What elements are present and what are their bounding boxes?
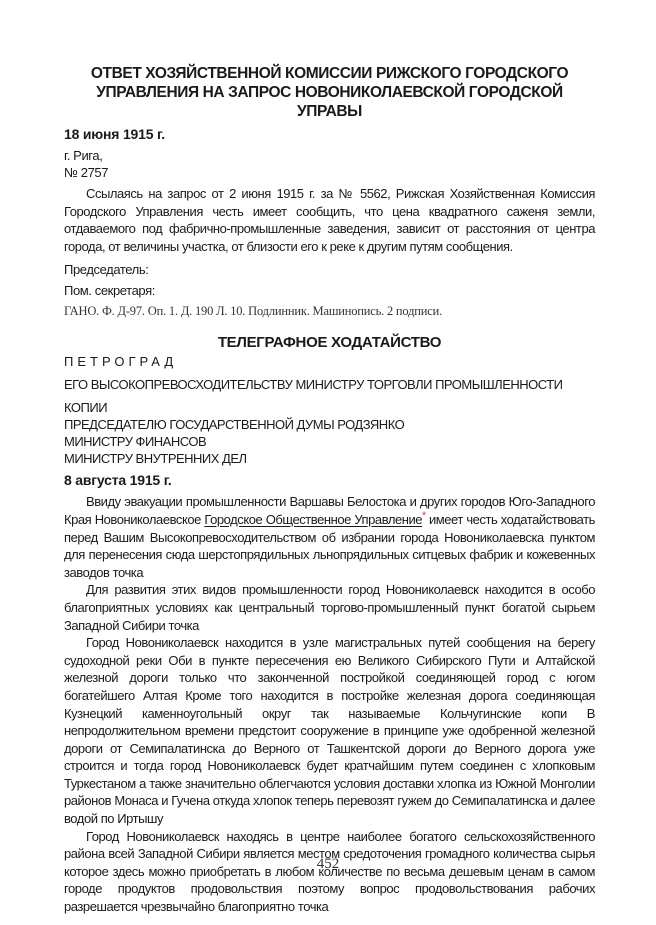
doc2-city: ПЕТРОГРАД	[64, 353, 595, 370]
doc2-paragraph-2: Для развития этих видов промышленности г…	[64, 581, 595, 634]
doc2-date: 8 августа 1915 г.	[64, 471, 595, 489]
doc1-chairman: Председатель:	[64, 261, 595, 278]
doc2-paragraph-1: Ввиду эвакуации промышленности Варшавы Б…	[64, 493, 595, 581]
doc2-paragraph-3: Город Новониколаевск находится в узле ма…	[64, 634, 595, 828]
doc1-archive-reference: ГАНО. Ф. Д-97. Оп. 1. Д. 190 Л. 10. Подл…	[64, 303, 595, 320]
doc1-date: 18 июня 1915 г.	[64, 125, 595, 143]
doc1-number: № 2757	[64, 164, 595, 181]
document-page: ОТВЕТ ХОЗЯЙСТВЕННОЙ КОМИССИИ РИЖСКОГО ГО…	[64, 64, 595, 916]
doc2-copy-recipient: МИНИСТРУ ФИНАНСОВ	[64, 433, 595, 450]
footnote-link[interactable]: Городское Общественное Управление	[204, 512, 422, 527]
doc2-title: ТЕЛЕГРАФНОЕ ХОДАТАЙСТВО	[64, 333, 595, 352]
doc2-copies-label: КОПИИ	[64, 399, 595, 416]
doc2-addressee: ЕГО ВЫСОКОПРЕВОСХОДИТЕЛЬСТВУ МИНИСТРУ ТО…	[64, 376, 595, 393]
doc1-title-line2: УПРАВЛЕНИЯ НА ЗАПРОС НОВОНИКОЛАЕВСКОЙ ГО…	[64, 83, 595, 121]
doc1-body: Ссылаясь на запрос от 2 июня 1915 г. за …	[64, 185, 595, 255]
doc1-place: г. Рига,	[64, 147, 595, 164]
doc1-title: ОТВЕТ ХОЗЯЙСТВЕННОЙ КОМИССИИ РИЖСКОГО ГО…	[64, 64, 595, 121]
page-number: 452	[0, 856, 656, 873]
doc1-title-line1: ОТВЕТ ХОЗЯЙСТВЕННОЙ КОМИССИИ РИЖСКОГО ГО…	[64, 64, 595, 83]
doc1-secretary: Пом. секретаря:	[64, 282, 595, 299]
doc2-copy-recipient: ПРЕДСЕДАТЕЛЮ ГОСУДАРСТВЕННОЙ ДУМЫ РОДЗЯН…	[64, 416, 595, 433]
doc2-copy-recipient: МИНИСТРУ ВНУТРЕННИХ ДЕЛ	[64, 450, 595, 467]
